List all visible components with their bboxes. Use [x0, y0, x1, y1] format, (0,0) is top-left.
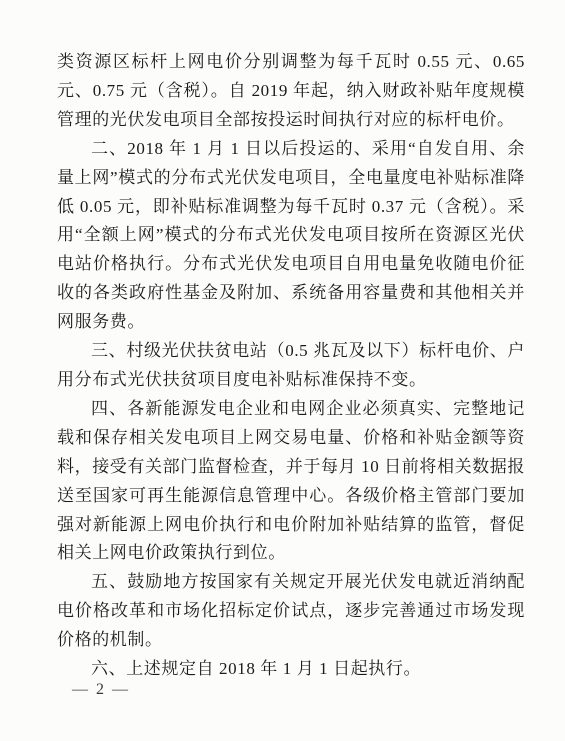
paragraph-item-2: 二、2018 年 1 月 1 日以后投运的、采用“自发自用、余量上网”模式的分布…: [57, 135, 525, 337]
paragraph-continuation: 类资源区标杆上网电价分别调整为每千瓦时 0.55 元、0.65 元、0.75 元…: [57, 48, 525, 135]
paragraph-item-6: 六、上述规定自 2018 年 1 月 1 日起执行。: [57, 655, 525, 684]
paragraph-item-4: 四、各新能源发电企业和电网企业必须真实、完整地记载和保存相关发电项目上网交易电量…: [57, 395, 525, 568]
page-number: — 2 —: [72, 681, 130, 699]
document-page: 类资源区标杆上网电价分别调整为每千瓦时 0.55 元、0.65 元、0.75 元…: [0, 0, 565, 741]
paragraph-item-5: 五、鼓励地方按国家有关规定开展光伏发电就近消纳配电价格改革和市场化招标定价试点，…: [57, 568, 525, 655]
document-body: 类资源区标杆上网电价分别调整为每千瓦时 0.55 元、0.65 元、0.75 元…: [57, 48, 525, 684]
paragraph-item-3: 三、村级光伏扶贫电站（0.5 兆瓦及以下）标杆电价、户用分布式光伏扶贫项目度电补…: [57, 337, 525, 395]
